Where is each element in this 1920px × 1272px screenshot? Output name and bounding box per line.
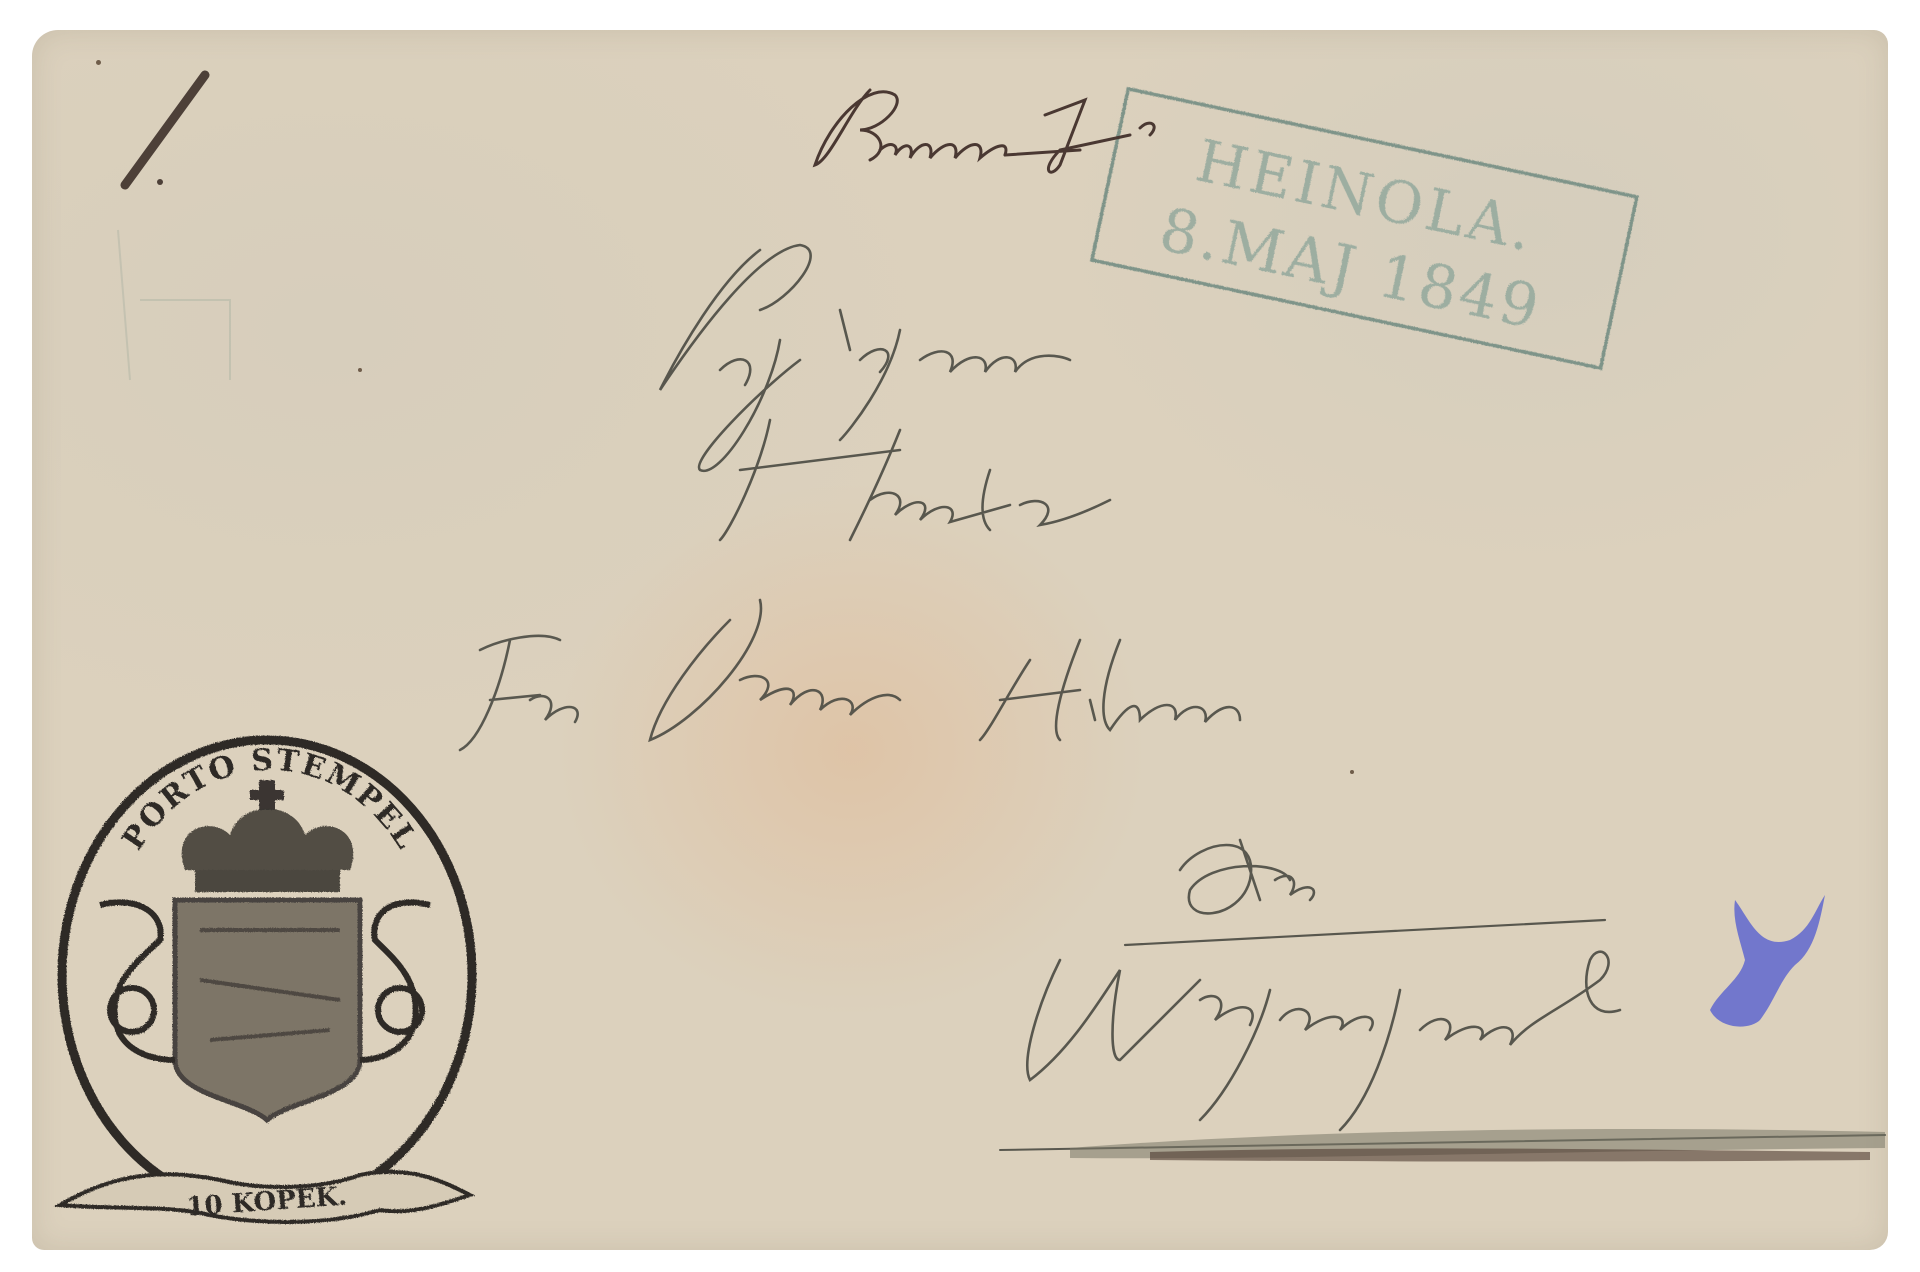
porto-stempel-stamp: PORTO STEMPEL 10 KOPEK. bbox=[60, 740, 472, 1223]
blue-ink-stain bbox=[1710, 895, 1825, 1027]
brush-underline bbox=[1070, 1129, 1885, 1162]
postmark: HEINOLA. 8.MAJ 1849 bbox=[1092, 89, 1637, 368]
corner-mark bbox=[125, 75, 205, 185]
address-handwriting bbox=[460, 245, 1885, 1150]
route-note-handwriting bbox=[815, 90, 1154, 172]
envelope-artwork: HEINOLA. 8.MAJ 1849 bbox=[0, 0, 1920, 1272]
